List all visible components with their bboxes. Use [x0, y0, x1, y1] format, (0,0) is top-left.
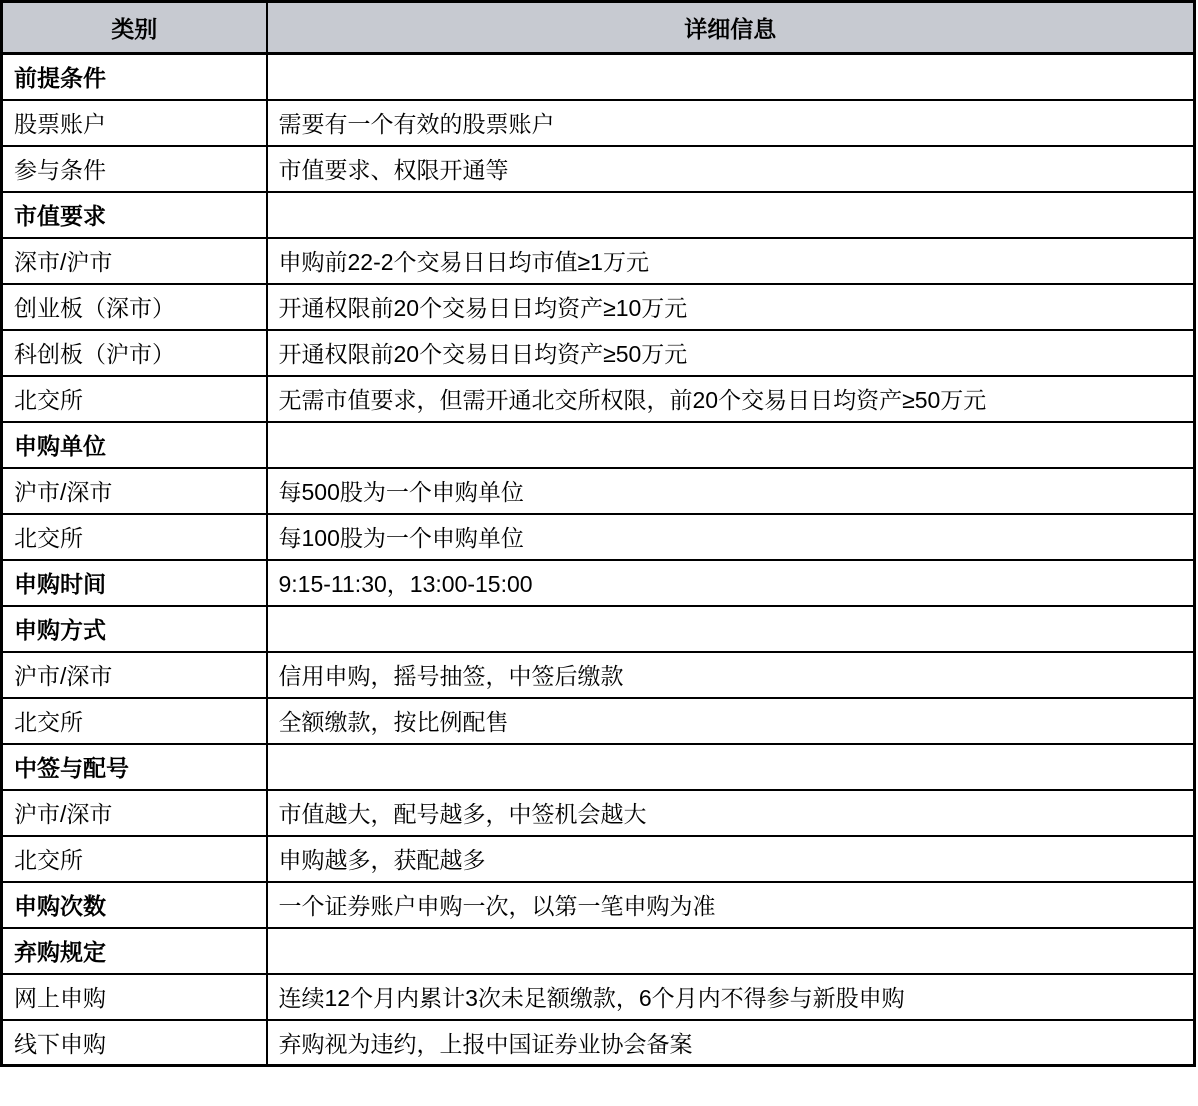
category-cell: 创业板（深市）	[2, 284, 267, 330]
table-row: 北交所 无需市值要求，但需开通北交所权限，前20个交易日日均资产≥50万元	[2, 376, 1195, 422]
category-cell: 参与条件	[2, 146, 267, 192]
category-cell: 申购时间	[2, 560, 267, 606]
detail-cell: 9:15-11:30，13:00-15:00	[267, 560, 1195, 606]
detail-cell	[267, 192, 1195, 238]
table-row: 股票账户 需要有一个有效的股票账户	[2, 100, 1195, 146]
table-row: 创业板（深市） 开通权限前20个交易日日均资产≥10万元	[2, 284, 1195, 330]
table-row: 申购方式	[2, 606, 1195, 652]
detail-cell	[267, 54, 1195, 100]
table-header-row: 类别 详细信息	[2, 2, 1195, 54]
category-cell: 申购方式	[2, 606, 267, 652]
detail-cell: 全额缴款，按比例配售	[267, 698, 1195, 744]
detail-cell: 信用申购，摇号抽签，中签后缴款	[267, 652, 1195, 698]
detail-cell	[267, 606, 1195, 652]
category-cell: 北交所	[2, 514, 267, 560]
category-cell: 北交所	[2, 698, 267, 744]
category-cell: 线下申购	[2, 1020, 267, 1066]
table-row: 沪市/深市 每500股为一个申购单位	[2, 468, 1195, 514]
category-cell: 科创板（沪市）	[2, 330, 267, 376]
detail-cell: 每100股为一个申购单位	[267, 514, 1195, 560]
detail-cell: 每500股为一个申购单位	[267, 468, 1195, 514]
table-row: 弃购规定	[2, 928, 1195, 974]
category-cell: 网上申购	[2, 974, 267, 1020]
detail-cell: 申购前22-2个交易日日均市值≥1万元	[267, 238, 1195, 284]
table-row: 科创板（沪市） 开通权限前20个交易日日均资产≥50万元	[2, 330, 1195, 376]
column-header-category: 类别	[2, 2, 267, 54]
detail-cell: 无需市值要求，但需开通北交所权限，前20个交易日日均资产≥50万元	[267, 376, 1195, 422]
table-row: 北交所 全额缴款，按比例配售	[2, 698, 1195, 744]
table-row: 线下申购 弃购视为违约，上报中国证券业协会备案	[2, 1020, 1195, 1066]
detail-cell: 申购越多，获配越多	[267, 836, 1195, 882]
detail-cell	[267, 928, 1195, 974]
detail-cell	[267, 744, 1195, 790]
category-cell: 北交所	[2, 836, 267, 882]
table-row: 参与条件 市值要求、权限开通等	[2, 146, 1195, 192]
category-cell: 沪市/深市	[2, 468, 267, 514]
detail-cell: 市值要求、权限开通等	[267, 146, 1195, 192]
category-cell: 沪市/深市	[2, 790, 267, 836]
detail-cell: 连续12个月内累计3次未足额缴款，6个月内不得参与新股申购	[267, 974, 1195, 1020]
table-row: 深市/沪市 申购前22-2个交易日日均市值≥1万元	[2, 238, 1195, 284]
category-cell: 深市/沪市	[2, 238, 267, 284]
table-row: 北交所 每100股为一个申购单位	[2, 514, 1195, 560]
table-row: 中签与配号	[2, 744, 1195, 790]
detail-cell: 开通权限前20个交易日日均资产≥50万元	[267, 330, 1195, 376]
detail-cell: 弃购视为违约，上报中国证券业协会备案	[267, 1020, 1195, 1066]
category-cell: 申购单位	[2, 422, 267, 468]
table-row: 申购次数 一个证券账户申购一次，以第一笔申购为准	[2, 882, 1195, 928]
category-cell: 沪市/深市	[2, 652, 267, 698]
table-row: 市值要求	[2, 192, 1195, 238]
category-cell: 申购次数	[2, 882, 267, 928]
category-cell: 北交所	[2, 376, 267, 422]
table-body: 前提条件 股票账户 需要有一个有效的股票账户 参与条件 市值要求、权限开通等 市…	[2, 54, 1195, 1066]
table-row: 沪市/深市 信用申购，摇号抽签，中签后缴款	[2, 652, 1195, 698]
ipo-rules-table: 类别 详细信息 前提条件 股票账户 需要有一个有效的股票账户 参与条件 市值要求…	[0, 0, 1196, 1067]
category-cell: 股票账户	[2, 100, 267, 146]
table-row: 前提条件	[2, 54, 1195, 100]
category-cell: 市值要求	[2, 192, 267, 238]
detail-cell: 一个证券账户申购一次，以第一笔申购为准	[267, 882, 1195, 928]
category-cell: 前提条件	[2, 54, 267, 100]
table-row: 申购时间 9:15-11:30，13:00-15:00	[2, 560, 1195, 606]
detail-cell	[267, 422, 1195, 468]
detail-cell: 市值越大，配号越多，中签机会越大	[267, 790, 1195, 836]
category-cell: 中签与配号	[2, 744, 267, 790]
detail-cell: 需要有一个有效的股票账户	[267, 100, 1195, 146]
table-row: 申购单位	[2, 422, 1195, 468]
category-cell: 弃购规定	[2, 928, 267, 974]
column-header-detail: 详细信息	[267, 2, 1195, 54]
detail-cell: 开通权限前20个交易日日均资产≥10万元	[267, 284, 1195, 330]
table-row: 北交所 申购越多，获配越多	[2, 836, 1195, 882]
table-row: 沪市/深市 市值越大，配号越多，中签机会越大	[2, 790, 1195, 836]
table-row: 网上申购 连续12个月内累计3次未足额缴款，6个月内不得参与新股申购	[2, 974, 1195, 1020]
